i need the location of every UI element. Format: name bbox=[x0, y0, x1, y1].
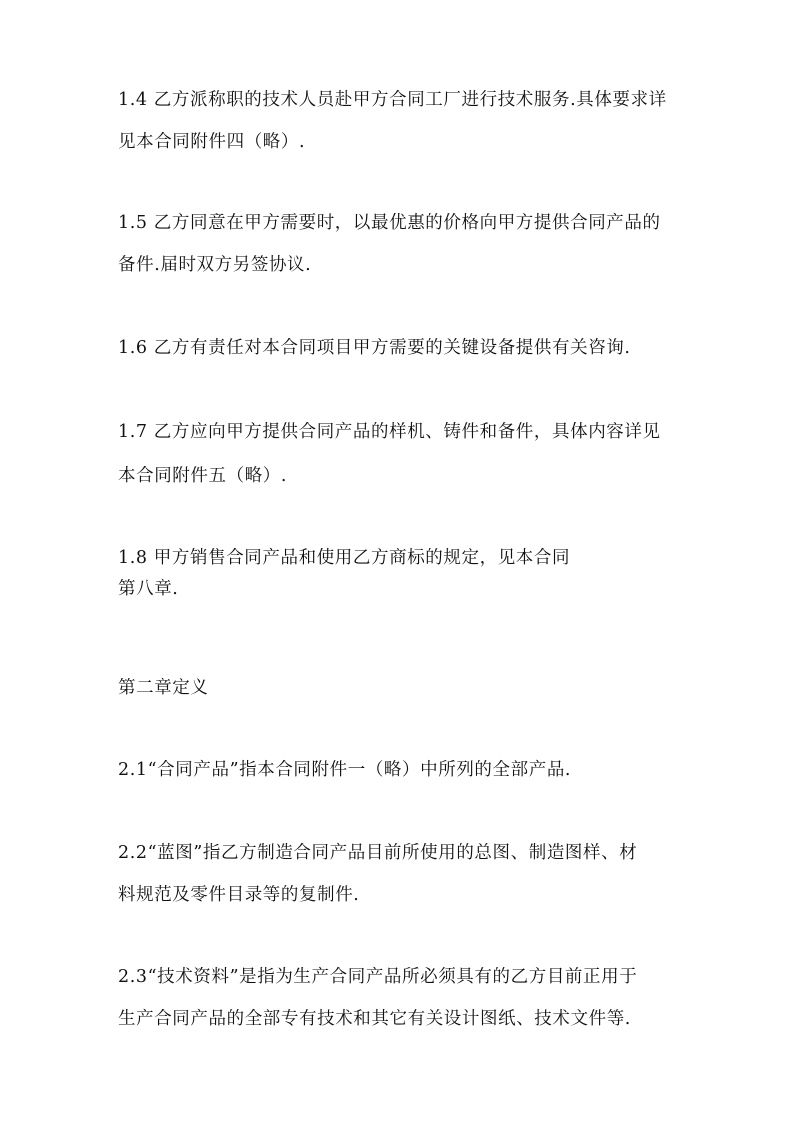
clause-1-5-line-2: 备件.届时双方另签协议. bbox=[118, 253, 311, 277]
clause-2-3-line-1: 2.3“技术资料”是指为生产合同产品所必须具有的乙方目前正用于 bbox=[118, 965, 637, 989]
clause-1-7-line-1: 1.7 乙方应向甲方提供合同产品的样机、铸件和备件，具体内容详见 bbox=[118, 420, 661, 444]
clause-2-2-line-1: 2.2“蓝图”指乙方制造合同产品目前所使用的总图、制造图样、材 bbox=[118, 841, 637, 865]
clause-1-7-line-2: 本合同附件五（略）. bbox=[118, 464, 287, 488]
clause-1-4-line-1: 1.4 乙方派称职的技术人员赴甲方合同工厂进行技术服务.具体要求详 bbox=[118, 88, 667, 112]
clause-2-3-line-2: 生产合同产品的全部专有技术和其它有关设计图纸、技术文件等. bbox=[118, 1007, 631, 1031]
chapter-2-heading: 第二章定义 bbox=[118, 676, 209, 700]
clause-1-8-line-1: 1.8 甲方销售合同产品和使用乙方商标的规定，见本合同 bbox=[118, 546, 570, 570]
clause-1-6: 1.6 乙方有责任对本合同项目甲方需要的关键设备提供有关咨询. bbox=[118, 336, 631, 360]
clause-2-2-line-2: 料规范及零件目录等的复制件. bbox=[118, 883, 359, 907]
clause-1-4-line-2: 见本合同附件四（略）. bbox=[118, 130, 305, 154]
clause-2-1: 2.1“合同产品”指本合同附件一（略）中所列的全部产品. bbox=[118, 758, 571, 782]
clause-1-5-line-1: 1.5 乙方同意在甲方需要时，以最优惠的价格向甲方提供合同产品的 bbox=[118, 211, 661, 235]
clause-1-8-line-2: 第八章. bbox=[118, 577, 178, 601]
